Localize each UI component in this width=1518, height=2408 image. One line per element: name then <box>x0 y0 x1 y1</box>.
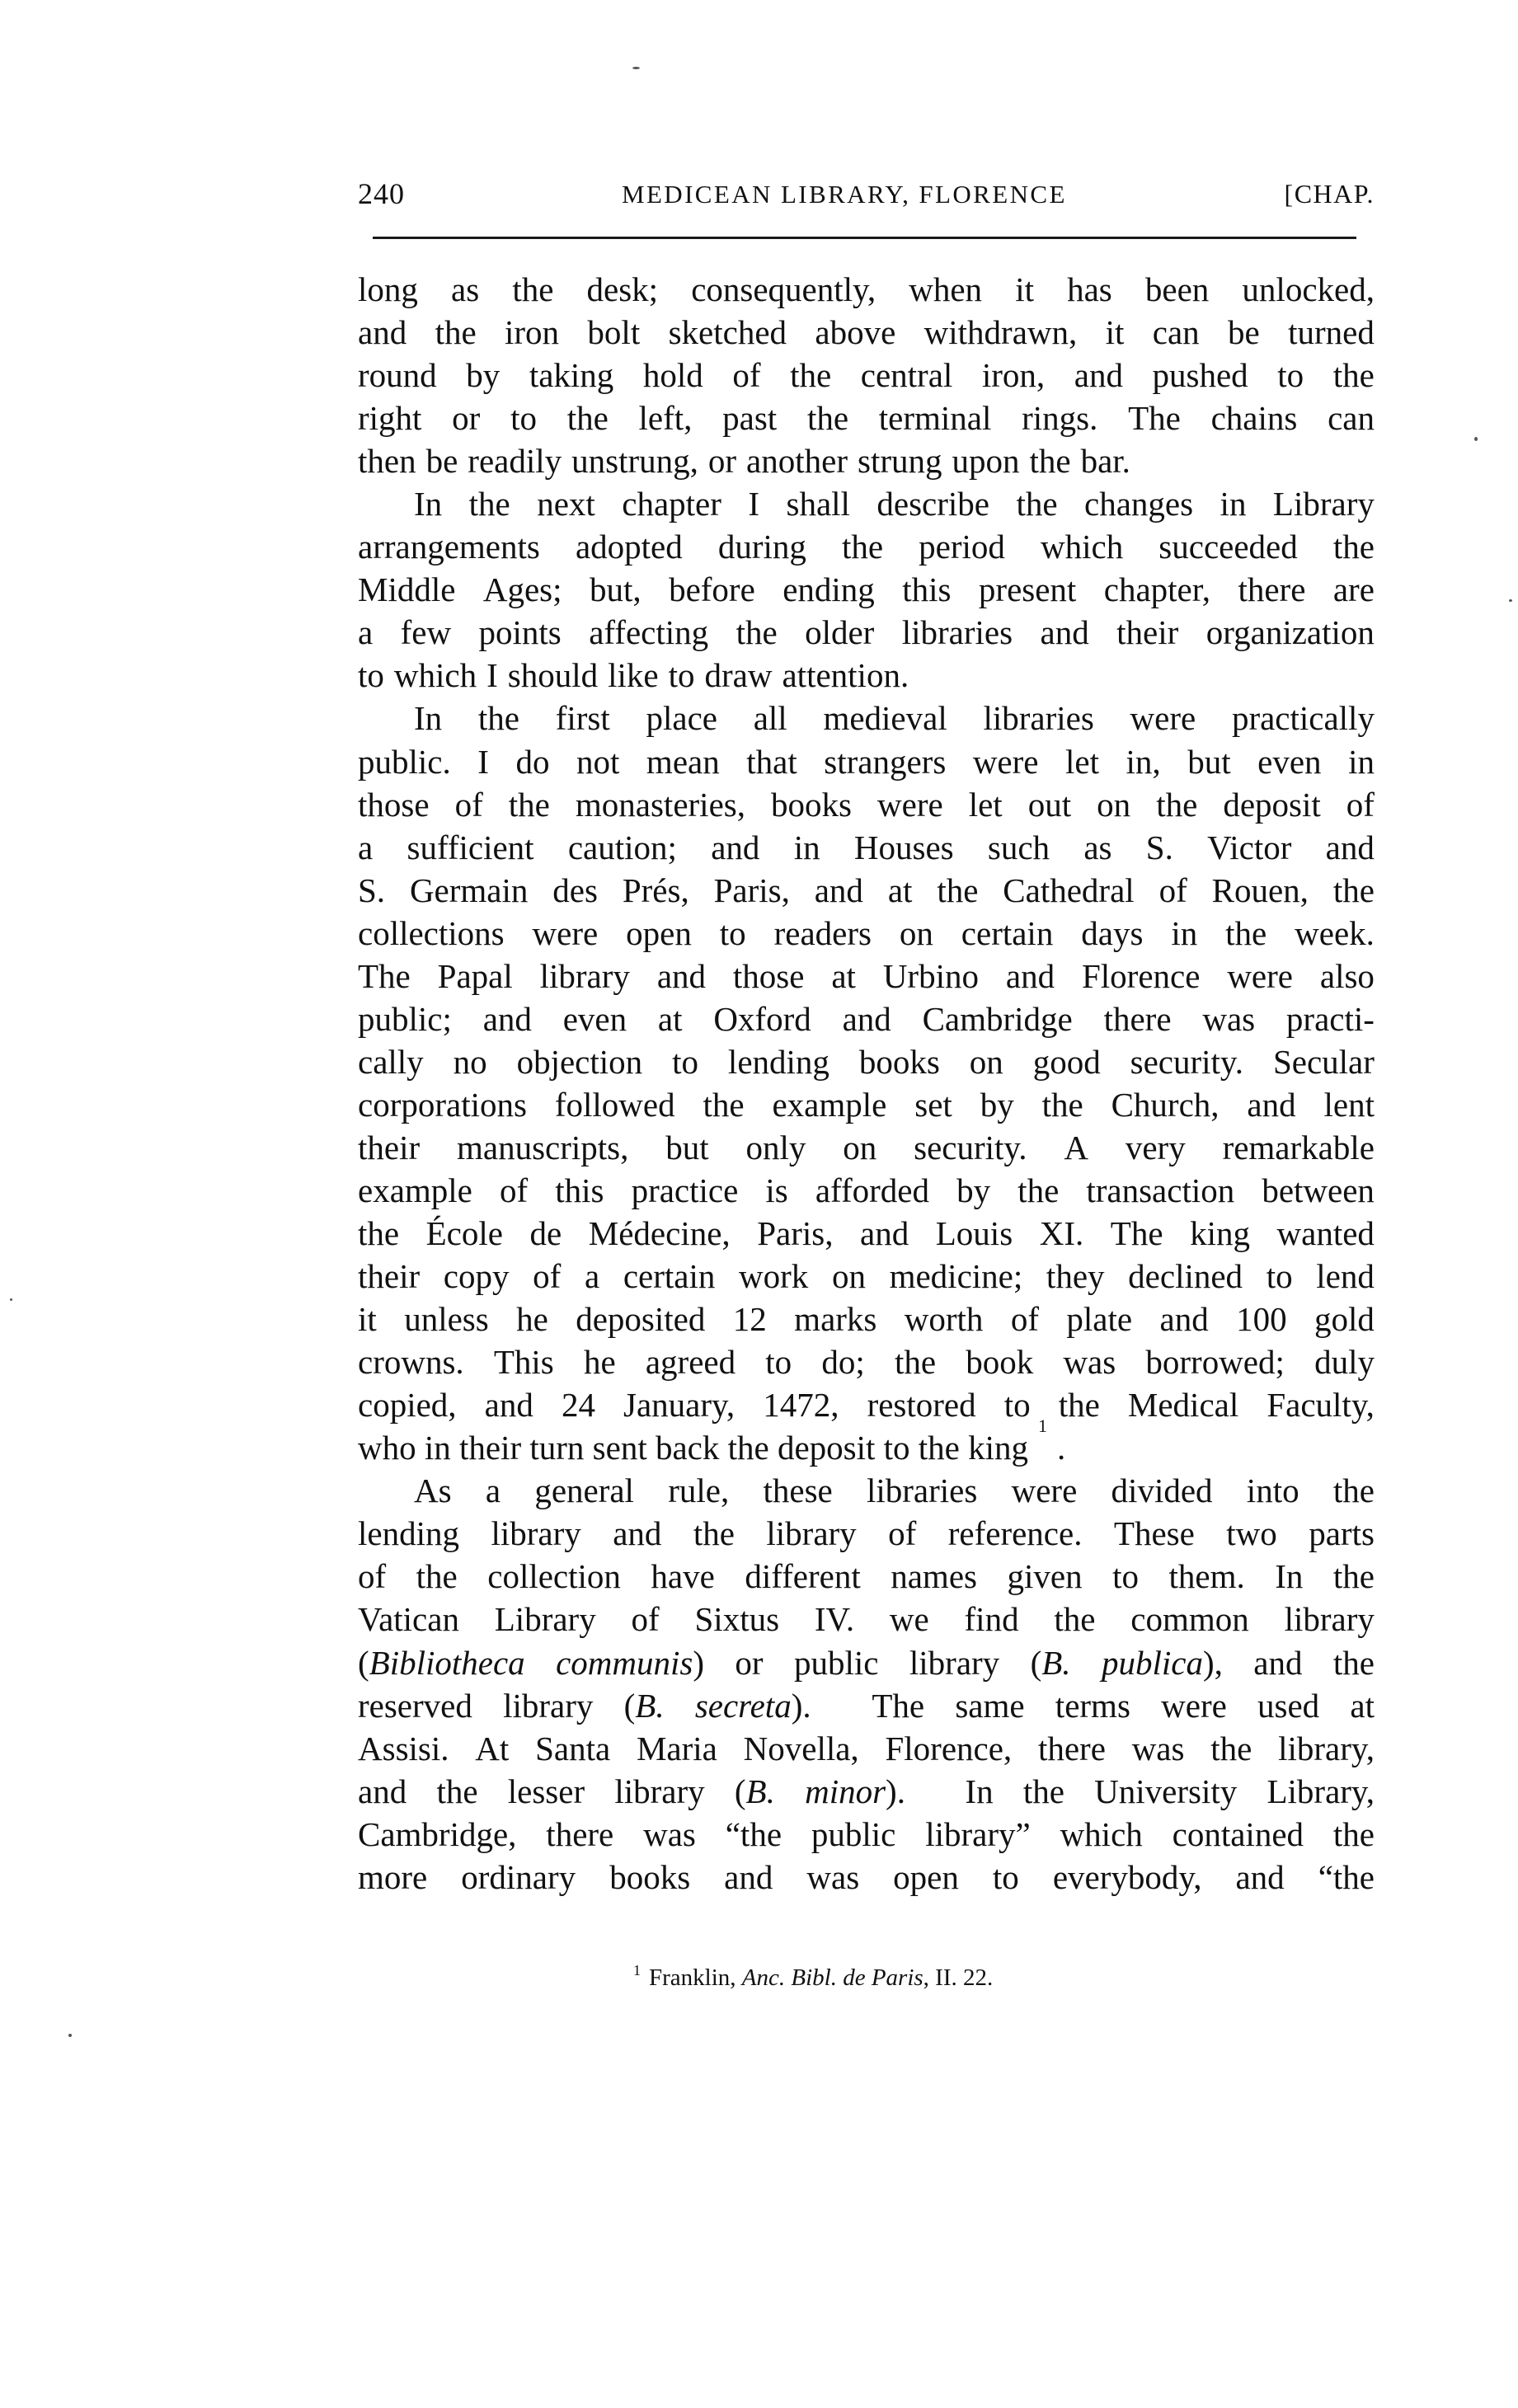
word: declined <box>1128 1255 1243 1298</box>
word: succeeded <box>1158 525 1297 568</box>
text-line: theircopyofacertainworkonmedicine;theyde… <box>358 1255 1375 1298</box>
word: open <box>893 1856 959 1899</box>
word: to <box>993 1856 1019 1899</box>
word: names <box>891 1555 977 1598</box>
word: terminal <box>879 397 992 439</box>
word: Houses <box>854 826 954 869</box>
word: this <box>555 1169 604 1212</box>
word: very <box>1126 1126 1186 1169</box>
word: it <box>358 1298 377 1340</box>
word: public; <box>358 997 452 1040</box>
word: let <box>1065 740 1099 783</box>
word: shall <box>786 482 849 525</box>
word: to <box>1112 1555 1139 1598</box>
word: and <box>483 997 532 1040</box>
word: describe <box>876 482 989 525</box>
word: iron, <box>982 354 1045 397</box>
word: on <box>1097 783 1130 826</box>
word: lend <box>1316 1255 1375 1298</box>
word: restored <box>867 1383 976 1426</box>
word: to <box>765 1340 792 1383</box>
word: those <box>358 783 430 826</box>
word: above <box>815 311 895 354</box>
word: was <box>1132 1727 1185 1770</box>
word: can <box>1328 397 1375 439</box>
word: the <box>1333 869 1375 912</box>
word: divided <box>1111 1469 1213 1512</box>
word: the <box>1333 1555 1375 1598</box>
word: and <box>1006 955 1055 997</box>
word: Assisi. <box>358 1727 449 1770</box>
word: Ages; <box>483 568 562 611</box>
word: by <box>466 354 500 397</box>
word: Urbino <box>883 955 979 997</box>
word: when <box>909 268 982 311</box>
word: of <box>358 1555 386 1598</box>
latin-term: B. minor <box>746 1772 886 1810</box>
word: the <box>478 697 519 739</box>
word: library, <box>1278 1727 1375 1770</box>
word: of <box>1159 869 1187 912</box>
word: was <box>806 1856 859 1899</box>
text-line: thenbereadilyunstrung,oranotherstrungupo… <box>358 439 1375 482</box>
word: right <box>358 397 421 439</box>
word: by <box>956 1169 990 1212</box>
word: At <box>475 1727 509 1770</box>
word: more <box>358 1856 427 1899</box>
word: security. <box>1130 1040 1243 1083</box>
word: 24 <box>562 1383 595 1426</box>
word: have <box>651 1555 714 1598</box>
word: collection <box>487 1555 621 1598</box>
word: let <box>969 783 1003 826</box>
word: this <box>902 568 951 611</box>
word: changes <box>1084 482 1193 525</box>
word: marks <box>794 1298 876 1340</box>
word: of <box>888 1512 916 1555</box>
word: and <box>724 1856 773 1899</box>
word: there <box>1038 1727 1106 1770</box>
word: borrowed; <box>1145 1340 1285 1383</box>
word: central <box>861 354 953 397</box>
word: taking <box>529 354 613 397</box>
word: Cathedral <box>1003 869 1134 912</box>
word: iron <box>505 311 559 354</box>
word: remarkable <box>1223 1126 1375 1169</box>
word: but <box>1187 740 1230 783</box>
word: book <box>966 1340 1033 1383</box>
text-line: theirmanuscripts,butonlyonsecurity.Avery… <box>358 1126 1375 1169</box>
word: Paris, <box>714 869 790 912</box>
word: Oxford <box>713 997 811 1040</box>
word: duly <box>1314 1340 1375 1383</box>
word: copied, <box>358 1383 457 1426</box>
word: de <box>530 1212 562 1255</box>
word: the <box>1333 354 1375 397</box>
word: a <box>358 826 373 869</box>
word: and <box>860 1212 909 1255</box>
footnote-ref[interactable]: 1 <box>1038 1426 1047 1469</box>
word: The <box>1111 1212 1163 1255</box>
word: collections <box>358 912 505 955</box>
word: the <box>1210 1727 1252 1770</box>
word: Rouen, <box>1212 869 1309 912</box>
word: books <box>859 1040 940 1083</box>
word: As <box>414 1469 452 1512</box>
text-line: exampleofthispracticeisaffordedbythetran… <box>358 1169 1375 1212</box>
word: corporations <box>358 1083 527 1126</box>
text-line: VaticanLibraryofSixtusIV.wefindthecommon… <box>358 1598 1375 1641</box>
word: objection <box>517 1040 643 1083</box>
text-line: rightortotheleft,pasttheterminalrings.Th… <box>358 397 1375 439</box>
word: on <box>843 1126 876 1169</box>
text-line: Asageneralrule,theselibrariesweredivided… <box>358 1469 1375 1512</box>
word: S. <box>1146 826 1173 869</box>
text-line: moreordinarybooksandwasopentoeverybody,a… <box>358 1856 1375 1899</box>
word: practice <box>632 1169 739 1212</box>
word: Santa <box>535 1727 610 1770</box>
word: Florence, <box>885 1727 1012 1770</box>
word: in <box>1348 740 1375 783</box>
text-line: public.Idonotmeanthatstrangerswereletin,… <box>358 740 1375 783</box>
word: public. <box>358 740 451 783</box>
word: present <box>979 568 1076 611</box>
latin-term: B. secreta <box>635 1687 791 1725</box>
word: copy <box>444 1255 510 1298</box>
word: The <box>358 955 411 997</box>
word: their <box>1116 611 1178 654</box>
word: the <box>1333 1469 1375 1512</box>
word: but <box>665 1126 708 1169</box>
word: a <box>358 611 373 654</box>
text-line: ofthecollectionhavedifferentnamesgivento… <box>358 1555 1375 1598</box>
word: example <box>358 1169 472 1212</box>
word: should <box>508 654 598 697</box>
word: their <box>358 1255 420 1298</box>
word: sketched <box>669 311 787 354</box>
word: and <box>613 1512 661 1555</box>
word: can <box>1153 311 1200 354</box>
text-line: InthenextchapterIshalldescribethechanges… <box>358 482 1375 525</box>
word: certain <box>961 912 1054 955</box>
word: readily <box>468 439 562 482</box>
word: 12 <box>733 1298 767 1340</box>
word: that <box>746 740 797 783</box>
footnote-reference: , II. 22. <box>923 1964 994 1991</box>
word: Cambridge, <box>358 1813 516 1856</box>
word: there <box>546 1813 613 1856</box>
scan-speck <box>1474 437 1478 441</box>
text-line: collectionswereopentoreadersoncertainday… <box>358 912 1375 955</box>
word: he <box>516 1298 548 1340</box>
header-rule <box>373 237 1356 239</box>
word: another <box>746 439 848 482</box>
word: then <box>358 439 416 482</box>
word: adopted <box>576 525 683 568</box>
word: set <box>914 1083 952 1126</box>
word: XI. <box>1040 1212 1084 1255</box>
word: is <box>765 1169 787 1212</box>
text-line: asufficientcaution;andinHousessuchasS.Vi… <box>358 826 1375 869</box>
word: the <box>1059 1383 1100 1426</box>
word: Medical <box>1128 1383 1238 1426</box>
word: deposited <box>576 1298 705 1340</box>
word: the <box>416 1555 458 1598</box>
word: crowns. <box>358 1340 464 1383</box>
word: Church, <box>1111 1083 1220 1126</box>
word: transaction <box>1086 1169 1234 1212</box>
word: I <box>486 654 498 697</box>
text-line: itunlesshedeposited12marksworthofplatean… <box>358 1298 1375 1340</box>
word: at <box>658 997 683 1040</box>
word: on <box>900 912 933 955</box>
word: like <box>608 654 658 697</box>
word: also <box>1320 955 1375 997</box>
word: libraries <box>867 1469 977 1512</box>
page-number: 240 <box>358 175 405 213</box>
word: withdrawn, <box>924 311 1078 354</box>
word: “the <box>1318 1856 1375 1899</box>
word: different <box>745 1555 860 1598</box>
footnote-author: Franklin, <box>649 1964 742 1991</box>
word: library <box>1285 1598 1375 1641</box>
word: Secular <box>1273 1040 1375 1083</box>
word: before <box>669 568 755 611</box>
word: during <box>718 525 806 568</box>
word: be <box>426 439 458 482</box>
word: chapter <box>622 482 721 525</box>
word: been <box>1145 268 1209 311</box>
word: by <box>980 1083 1014 1126</box>
word: In <box>414 697 442 739</box>
word: were <box>533 912 599 955</box>
word: Médecine, <box>589 1212 731 1255</box>
word: the <box>1333 1813 1375 1856</box>
word: to <box>1267 1255 1293 1298</box>
word: were <box>1227 955 1293 997</box>
word: the <box>703 1083 744 1126</box>
text-line: public;andevenatOxfordandCambridgetherew… <box>358 997 1375 1040</box>
footnote: 1Franklin, Anc. Bibl. de Paris, II. 22. <box>633 1954 993 1994</box>
word: In <box>414 482 442 525</box>
word: the <box>1333 525 1375 568</box>
text: who in their turn sent back the deposit … <box>358 1426 1028 1469</box>
text-line: afewpointsaffectingtheolderlibrariesandt… <box>358 611 1375 654</box>
word: arrangements <box>358 525 540 568</box>
latin-term: Bibliotheca communis <box>369 1644 693 1682</box>
word: organization <box>1206 611 1375 654</box>
word: the <box>567 397 609 439</box>
word: general <box>534 1469 634 1512</box>
text-line: thoseofthemonasteries,bookswereletoutont… <box>358 783 1375 826</box>
word: certain <box>623 1255 716 1298</box>
word: Faculty, <box>1267 1383 1375 1426</box>
word: books <box>771 783 852 826</box>
word: strung <box>858 439 942 482</box>
word: good <box>1033 1040 1101 1083</box>
word: desk; <box>587 268 659 311</box>
word: there <box>1238 568 1305 611</box>
word: they <box>1046 1255 1105 1298</box>
word: practically <box>1232 697 1375 739</box>
word: rings. <box>1022 397 1097 439</box>
word: the <box>1042 1083 1083 1126</box>
word: contained <box>1173 1813 1304 1856</box>
word: was <box>643 1813 696 1856</box>
word: and <box>1247 1083 1295 1126</box>
footnote-title: Anc. Bibl. de Paris <box>742 1964 923 1991</box>
word: in <box>794 826 820 869</box>
word: points <box>479 611 562 654</box>
word: IV. <box>815 1598 854 1641</box>
word: École <box>426 1212 503 1255</box>
text-line: Inthefirstplaceallmedievallibrarieswerep… <box>358 697 1375 739</box>
word: to <box>669 654 695 697</box>
word: strangers <box>824 740 946 783</box>
word: afforded <box>815 1169 929 1212</box>
word: he <box>584 1340 616 1383</box>
word: parts <box>1309 1512 1375 1555</box>
word: the <box>469 482 510 525</box>
word: but, <box>590 568 642 611</box>
scan-speck <box>68 2034 72 2037</box>
word: wanted <box>1277 1212 1375 1255</box>
word: of <box>1011 1298 1039 1340</box>
word: of <box>533 1255 561 1298</box>
text-line-italic-terms: reserved library (B. secreta). The same … <box>358 1684 1375 1727</box>
word: a <box>486 1469 501 1512</box>
word: Library <box>495 1598 596 1641</box>
word: security. <box>914 1126 1027 1169</box>
word: and <box>815 869 863 912</box>
word: the <box>1017 1169 1059 1212</box>
word: ending <box>782 568 875 611</box>
footnote-mark: 1 <box>633 1962 641 1979</box>
word: “the <box>726 1813 782 1856</box>
word: Prés, <box>623 869 689 912</box>
word: only <box>746 1126 806 1169</box>
running-title: MEDICEAN LIBRARY, FLORENCE <box>622 178 1067 211</box>
word: such <box>988 826 1050 869</box>
word: chapter, <box>1104 568 1210 611</box>
word: readers <box>774 912 872 955</box>
word: public <box>811 1813 895 1856</box>
word: them. <box>1168 1555 1244 1598</box>
word: to <box>358 654 384 697</box>
latin-term: B. publica <box>1041 1644 1203 1682</box>
text: and the lesser library (B. minor). In th… <box>358 1770 1375 1813</box>
word: their <box>358 1126 420 1169</box>
word: mean <box>646 740 720 783</box>
word: sufficient <box>407 826 533 869</box>
word: long <box>358 268 418 311</box>
running-head: 240 MEDICEAN LIBRARY, FLORENCE [CHAP. <box>358 175 1375 213</box>
word: unstrung, <box>571 439 698 482</box>
word: all <box>754 697 787 739</box>
word: or <box>708 439 736 482</box>
word: lent <box>1324 1083 1375 1126</box>
word: S. <box>358 869 385 912</box>
word: caution; <box>568 826 677 869</box>
word: libraries <box>983 697 1093 739</box>
word: bar. <box>1081 439 1130 482</box>
word: Louis <box>936 1212 1013 1255</box>
word: pushed <box>1153 354 1248 397</box>
word: consequently, <box>691 268 876 311</box>
word: even <box>1257 740 1321 783</box>
word: it <box>1106 311 1125 354</box>
word: the <box>1054 1598 1095 1641</box>
word: or <box>452 397 480 439</box>
word: the <box>807 397 848 439</box>
word: do; <box>821 1340 864 1383</box>
word: and <box>1160 1298 1209 1340</box>
word: worth <box>905 1298 984 1340</box>
word: there <box>1104 997 1172 1040</box>
word: the <box>736 611 778 654</box>
word: given <box>1007 1555 1082 1598</box>
word: few <box>401 611 451 654</box>
word: These <box>1114 1512 1195 1555</box>
word: at <box>888 869 913 912</box>
word: affecting <box>589 611 708 654</box>
word: the <box>358 1212 399 1255</box>
word: to <box>1004 1383 1031 1426</box>
word: lending <box>358 1512 459 1555</box>
word: Library <box>1273 482 1375 525</box>
word: ordinary <box>461 1856 576 1899</box>
word: library” <box>925 1813 1030 1856</box>
text-line-with-footnote-ref: who in their turn sent back the deposit … <box>358 1426 1375 1469</box>
word: left, <box>639 397 693 439</box>
word: agreed <box>646 1340 736 1383</box>
word: the <box>693 1512 735 1555</box>
word: Sixtus <box>695 1598 780 1641</box>
word: and <box>1235 1856 1284 1899</box>
word: was <box>1063 1340 1116 1383</box>
word: two <box>1226 1512 1277 1555</box>
text-line: S.GermaindesPrés,Paris,andattheCathedral… <box>358 869 1375 912</box>
paragraph-2: InthenextchapterIshalldescribethechanges… <box>358 482 1375 697</box>
word: 100 <box>1236 1298 1287 1340</box>
text-line: Cambridge,therewas“thepubliclibrary”whic… <box>358 1813 1375 1856</box>
word: find <box>965 1598 1019 1641</box>
word: Vatican <box>358 1598 459 1641</box>
word: were <box>1130 697 1196 739</box>
word: first <box>556 697 610 739</box>
word: round <box>358 354 437 397</box>
word: deposit <box>1223 783 1320 826</box>
word: and <box>711 826 759 869</box>
word: the <box>1156 783 1197 826</box>
word: and <box>485 1383 533 1426</box>
word: common <box>1130 1598 1248 1641</box>
scan-speck <box>10 1298 12 1301</box>
word: gold <box>1314 1298 1375 1340</box>
text-line: roundbytakingholdofthecentraliron,andpus… <box>358 354 1375 397</box>
word: to <box>510 397 537 439</box>
word: In <box>1275 1555 1303 1598</box>
text-line: ThePapallibraryandthoseatUrbinoandFloren… <box>358 955 1375 997</box>
word: reference. <box>948 1512 1083 1555</box>
word: Papal <box>438 955 513 997</box>
paragraph-4: Asageneralrule,theselibrariesweredivided… <box>358 1469 1375 1898</box>
chapter-mark: [CHAP. <box>1285 176 1375 211</box>
word: are <box>1333 568 1375 611</box>
word: medicine; <box>890 1255 1023 1298</box>
word: in, <box>1126 740 1161 783</box>
word: practi- <box>1286 997 1375 1040</box>
